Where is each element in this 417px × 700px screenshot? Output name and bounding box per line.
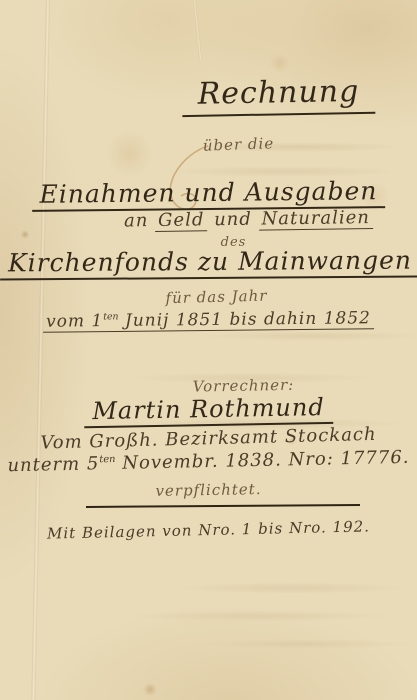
an-geld-p4-naturalien: Naturalien: [258, 207, 373, 231]
fold-crease-top: [193, 0, 202, 60]
an-geld-p3: und: [207, 209, 258, 231]
line-kirchenfonds: Kirchenfonds zu Mainwangen.: [0, 246, 417, 278]
zeitraum-sup: ten: [103, 311, 118, 322]
line-beilagen: Mit Beilagen von Nro. 1 bis Nro. 192.: [0, 516, 417, 543]
datum-p2: Novembr. 1838. Nro: 17776.: [115, 447, 409, 474]
kirchenfonds-text: Kirchenfonds zu Mainwangen: [0, 246, 417, 281]
line-zeitraum: vom 1ten Junij 1851 bis dahin 1852: [0, 308, 417, 332]
line-fuer-das-jahr: für das Jahr: [0, 282, 417, 311]
einnahmen-ausgaben-text: Einahmen und Ausgaben: [31, 176, 385, 212]
zeitraum-p1: vom 1: [46, 311, 103, 332]
zeitraum-p2: Junij 1851 bis dahin 1852: [118, 308, 371, 331]
closing-rule: [86, 504, 360, 508]
an-geld-p2-geld: Geld: [155, 209, 208, 232]
document-title-text: Rechnung: [181, 74, 375, 117]
line-einnahmen-ausgaben: Einahmen und Ausgaben: [0, 176, 417, 209]
datum-sup: ten: [99, 454, 115, 465]
document-title: Rechnung: [0, 72, 417, 115]
manuscript-page: Rechnung über die Einahmen und Ausgaben …: [0, 0, 417, 700]
vorrechner-name-text: Martin Rothmund: [84, 393, 333, 428]
zeitraum-text: vom 1ten Junij 1851 bis dahin 1852: [43, 308, 374, 332]
an-geld-p1: an: [124, 210, 155, 231]
line-verpflichtet: verpflichtet.: [0, 477, 417, 502]
datum-p1: unterm 5: [7, 453, 99, 476]
subtitle-ueber-die: über die: [0, 128, 417, 162]
